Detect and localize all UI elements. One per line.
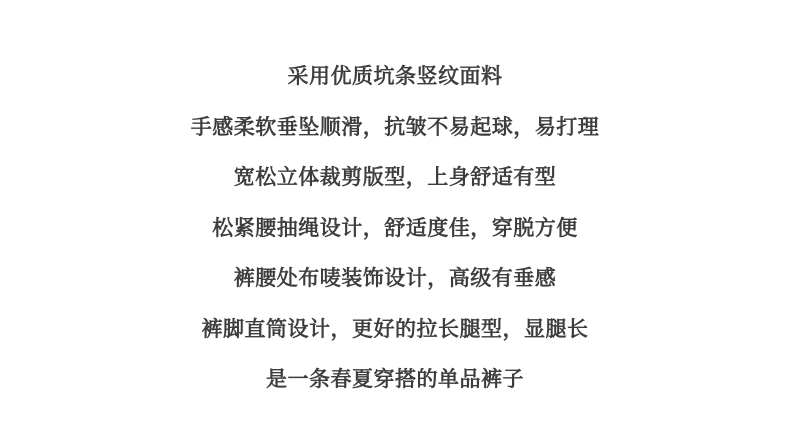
description-line-feel: 手感柔软垂坠顺滑，抗皱不易起球，易打理: [0, 101, 790, 152]
product-description-panel: 采用优质坑条竖纹面料 手感柔软垂坠顺滑，抗皱不易起球，易打理 宽松立体裁剪版型，…: [0, 0, 790, 436]
description-line-waist-design: 松紧腰抽绳设计，舒适度佳，穿脱方便: [0, 202, 790, 253]
description-line-fabric: 采用优质坑条竖纹面料: [0, 50, 790, 101]
description-line-waist-label: 裤腰处布唛装饰设计，高级有垂感: [0, 252, 790, 303]
description-line-fit: 宽松立体裁剪版型，上身舒适有型: [0, 151, 790, 202]
description-line-leg: 裤脚直筒设计，更好的拉长腿型，显腿长: [0, 303, 790, 354]
description-line-season: 是一条春夏穿搭的单品裤子: [0, 353, 790, 404]
description-text-block: 采用优质坑条竖纹面料 手感柔软垂坠顺滑，抗皱不易起球，易打理 宽松立体裁剪版型，…: [0, 50, 790, 404]
